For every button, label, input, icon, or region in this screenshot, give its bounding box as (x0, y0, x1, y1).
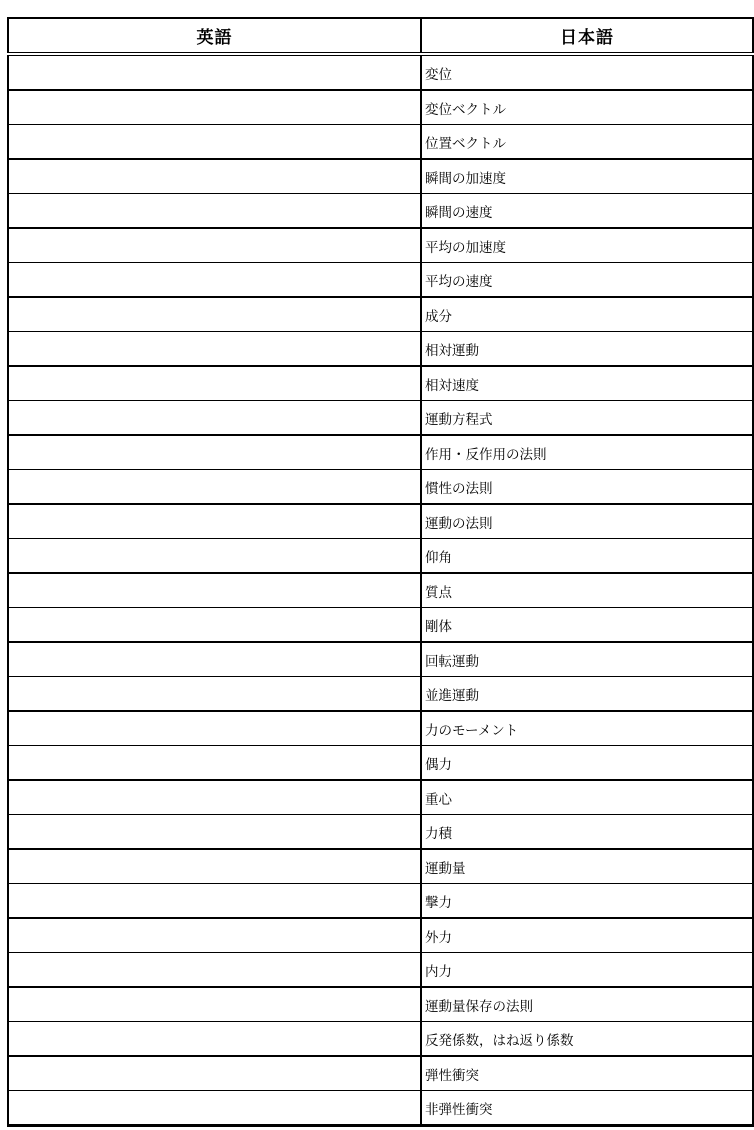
japanese-cell: 変位ベクトル (421, 90, 753, 125)
table-row: 回転運動 (8, 642, 753, 677)
japanese-cell: 位置ベクトル (421, 125, 753, 160)
japanese-cell: 作用・反作用の法則 (421, 435, 753, 470)
english-cell[interactable] (8, 608, 421, 643)
table-row: 撃力 (8, 884, 753, 919)
japanese-cell: 成分 (421, 297, 753, 332)
table-row: 剛体 (8, 608, 753, 643)
japanese-cell: 力のモーメント (421, 711, 753, 746)
english-cell[interactable] (8, 953, 421, 988)
table-row: 運動方程式 (8, 401, 753, 436)
table-row: 位置ベクトル (8, 125, 753, 160)
japanese-cell: 運動方程式 (421, 401, 753, 436)
table-row: 作用・反作用の法則 (8, 435, 753, 470)
table-row: 運動の法則 (8, 504, 753, 539)
table-row: 相対速度 (8, 366, 753, 401)
english-cell[interactable] (8, 159, 421, 194)
table-row: 慣性の法則 (8, 470, 753, 505)
table-row: 外力 (8, 918, 753, 953)
table-row: 運動量 (8, 849, 753, 884)
english-cell[interactable] (8, 90, 421, 125)
english-cell[interactable] (8, 884, 421, 919)
english-cell[interactable] (8, 54, 421, 90)
table-row: 内力 (8, 953, 753, 988)
english-cell[interactable] (8, 332, 421, 367)
english-cell[interactable] (8, 228, 421, 263)
japanese-cell: 相対速度 (421, 366, 753, 401)
vocabulary-sheet: 英語 日本語 変位変位ベクトル位置ベクトル瞬間の加速度瞬間の速度平均の加速度平均… (7, 17, 752, 1127)
english-cell[interactable] (8, 297, 421, 332)
table-row: 仰角 (8, 539, 753, 574)
english-cell[interactable] (8, 504, 421, 539)
english-cell[interactable] (8, 573, 421, 608)
japanese-cell: 仰角 (421, 539, 753, 574)
japanese-cell: 瞬間の加速度 (421, 159, 753, 194)
table-row: 質点 (8, 573, 753, 608)
english-cell[interactable] (8, 125, 421, 160)
table-row: 力積 (8, 815, 753, 850)
japanese-cell: 平均の速度 (421, 263, 753, 298)
table-body: 変位変位ベクトル位置ベクトル瞬間の加速度瞬間の速度平均の加速度平均の速度成分相対… (8, 54, 753, 1126)
table-row: 平均の速度 (8, 263, 753, 298)
table-row: 平均の加速度 (8, 228, 753, 263)
english-cell[interactable] (8, 1022, 421, 1057)
table-row: 成分 (8, 297, 753, 332)
japanese-cell: 反発係数，はね返り係数 (421, 1022, 753, 1057)
japanese-cell: 平均の加速度 (421, 228, 753, 263)
header-english: 英語 (8, 18, 421, 54)
english-cell[interactable] (8, 677, 421, 712)
japanese-cell: 変位 (421, 54, 753, 90)
table-row: 非弾性衝突 (8, 1091, 753, 1126)
table-row: 偶力 (8, 746, 753, 781)
japanese-cell: 偶力 (421, 746, 753, 781)
japanese-cell: 重心 (421, 780, 753, 815)
table-row: 変位ベクトル (8, 90, 753, 125)
table-row: 弾性衝突 (8, 1056, 753, 1091)
table-row: 反発係数，はね返り係数 (8, 1022, 753, 1057)
japanese-cell: 質点 (421, 573, 753, 608)
english-cell[interactable] (8, 366, 421, 401)
english-cell[interactable] (8, 711, 421, 746)
header-japanese: 日本語 (421, 18, 753, 54)
english-cell[interactable] (8, 918, 421, 953)
english-cell[interactable] (8, 642, 421, 677)
english-cell[interactable] (8, 401, 421, 436)
english-cell[interactable] (8, 470, 421, 505)
table-row: 力のモーメント (8, 711, 753, 746)
header-row: 英語 日本語 (8, 18, 753, 54)
japanese-cell: 剛体 (421, 608, 753, 643)
table-row: 瞬間の加速度 (8, 159, 753, 194)
japanese-cell: 撃力 (421, 884, 753, 919)
english-cell[interactable] (8, 194, 421, 229)
japanese-cell: 非弾性衝突 (421, 1091, 753, 1126)
japanese-cell: 瞬間の速度 (421, 194, 753, 229)
english-cell[interactable] (8, 849, 421, 884)
english-cell[interactable] (8, 780, 421, 815)
table-row: 重心 (8, 780, 753, 815)
table-row: 瞬間の速度 (8, 194, 753, 229)
japanese-cell: 内力 (421, 953, 753, 988)
english-cell[interactable] (8, 263, 421, 298)
japanese-cell: 外力 (421, 918, 753, 953)
japanese-cell: 回転運動 (421, 642, 753, 677)
vocabulary-table: 英語 日本語 変位変位ベクトル位置ベクトル瞬間の加速度瞬間の速度平均の加速度平均… (7, 17, 754, 1127)
english-cell[interactable] (8, 435, 421, 470)
english-cell[interactable] (8, 1091, 421, 1126)
japanese-cell: 慣性の法則 (421, 470, 753, 505)
english-cell[interactable] (8, 815, 421, 850)
table-row: 相対運動 (8, 332, 753, 367)
english-cell[interactable] (8, 1056, 421, 1091)
table-row: 並進運動 (8, 677, 753, 712)
japanese-cell: 並進運動 (421, 677, 753, 712)
japanese-cell: 相対運動 (421, 332, 753, 367)
japanese-cell: 弾性衝突 (421, 1056, 753, 1091)
english-cell[interactable] (8, 539, 421, 574)
english-cell[interactable] (8, 987, 421, 1022)
japanese-cell: 力積 (421, 815, 753, 850)
japanese-cell: 運動の法則 (421, 504, 753, 539)
table-row: 変位 (8, 54, 753, 90)
table-row: 運動量保存の法則 (8, 987, 753, 1022)
japanese-cell: 運動量 (421, 849, 753, 884)
japanese-cell: 運動量保存の法則 (421, 987, 753, 1022)
english-cell[interactable] (8, 746, 421, 781)
